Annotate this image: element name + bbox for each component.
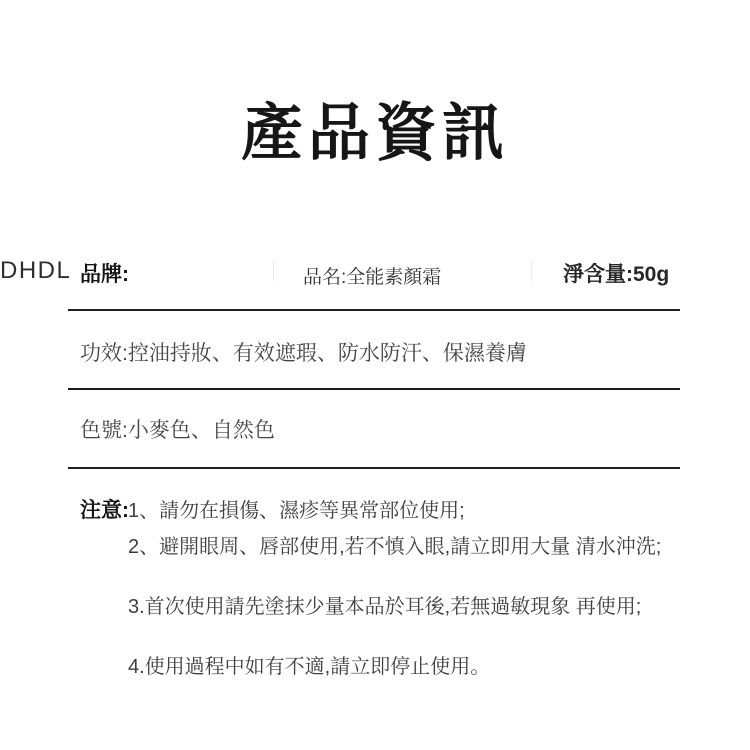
net-weight: 淨含量:50g	[563, 258, 669, 288]
page-title: 產品資訊	[0, 100, 750, 168]
shades-line: 色號:小麥色、自然色	[80, 414, 275, 444]
divider-line	[68, 467, 680, 469]
brand-value: DHDL	[0, 257, 71, 285]
column-separator	[531, 260, 532, 282]
divider-line	[68, 309, 680, 311]
divider-line	[68, 388, 680, 390]
column-separator	[273, 260, 274, 282]
notice-item-1: 1、請勿在損傷、濕疹等異常部位使用;	[128, 494, 465, 523]
notice-item-4: 4.使用過程中如有不適,請立即停止使用。	[128, 650, 490, 679]
efficacy-line: 功效:控油持妝、有效遮瑕、防水防汗、保濕養膚	[80, 337, 527, 367]
notice-item-3: 3.首次使用請先塗抹少量本品於耳後,若無過敏現象 再使用;	[128, 590, 641, 619]
brand-label: 品牌:	[80, 258, 129, 288]
product-info-sheet: 產品資訊 品牌: DHDL 品名:全能素顏霜 淨含量:50g 功效:控油持妝、有…	[0, 0, 750, 750]
notice-item-2: 2、避開眼周、唇部使用,若不慎入眼,請立即用大量 清水沖洗;	[128, 530, 661, 559]
product-name: 品名:全能素顏霜	[303, 262, 441, 289]
notice-label: 注意:	[80, 494, 129, 524]
